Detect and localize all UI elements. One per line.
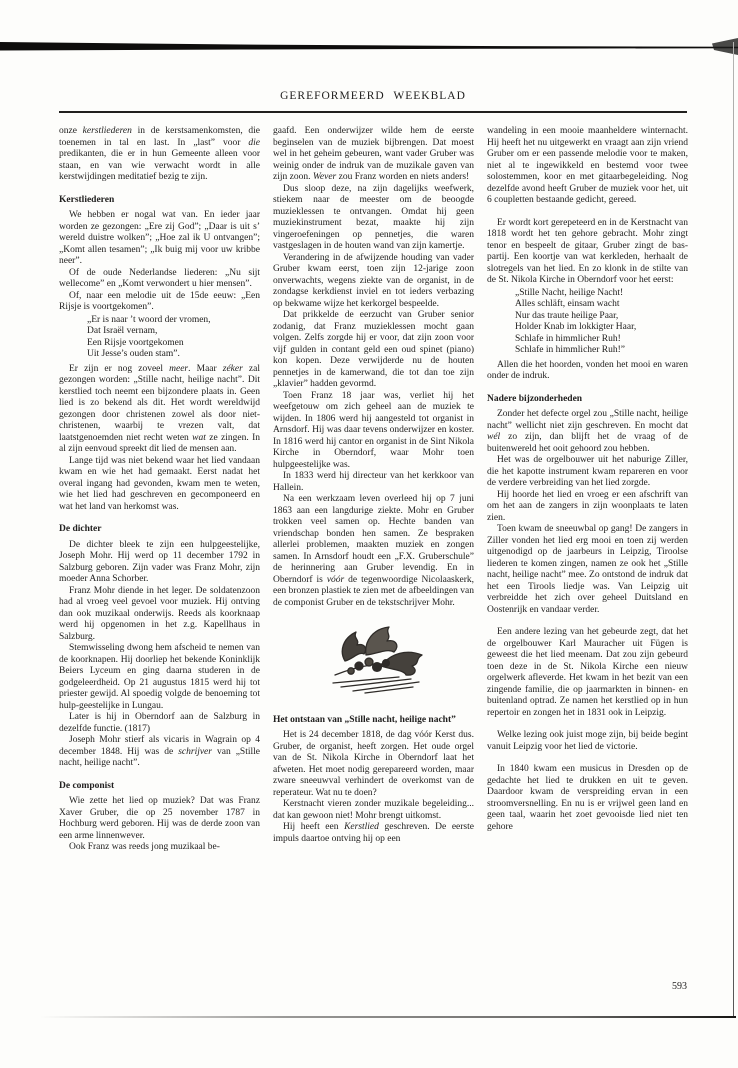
paragraph: Een andere lezing van het gebeurde zegt,… — [487, 627, 688, 719]
paragraph: Toen Franz 18 jaar was, verliet hij het … — [273, 391, 474, 472]
paragraph: Welke lezing ook juist moge zijn, bij be… — [487, 730, 688, 753]
section-heading: Het ontstaan van „Stille nacht, heilige … — [273, 715, 474, 727]
paragraph: Later is hij in Oberndorf aan de Salzbur… — [59, 712, 260, 735]
verse-line: Alles schläft, einsam wacht — [515, 299, 688, 311]
paragraph: Stemwisseling dwong hem afscheid te neme… — [59, 643, 260, 712]
text-column-1: onze kerstliederen in de kerstsamenkomst… — [59, 126, 260, 962]
paragraph: Het was de orgelbouwer uit het naburige … — [487, 455, 688, 490]
paragraph: Toen kwam de sneeuwbal op gang! De zange… — [487, 524, 688, 616]
paragraph: Joseph Mohr stierf als vicaris in Wagrai… — [59, 735, 260, 770]
section-heading: Nadere bijzonderheden — [487, 394, 688, 406]
section-heading: Kerstliederen — [59, 195, 260, 207]
verse-line: Dat Israël vernam, — [87, 326, 260, 338]
holly-illustration — [273, 621, 474, 704]
page-edge-bottom — [40, 1016, 736, 1018]
text-column-3: wandeling in een mooie maanheldere winte… — [487, 126, 688, 962]
verse-line: Uit Jesse’s ouden stam”. — [87, 349, 260, 361]
paragraph: Er wordt kort gerepeteerd en in de Kerst… — [487, 218, 688, 287]
paragraph: Zonder het defecte orgel zou „Stille nac… — [487, 409, 688, 455]
paragraph: Het is 24 december 1818, de dag vóór Ker… — [273, 730, 474, 799]
paragraph: Dat prikkelde de eerzucht van Gruber sen… — [273, 310, 474, 391]
paragraph: Lange tijd was niet bekend waar het lied… — [59, 456, 260, 514]
paragraph: Hij heeft een Kerstlied geschreven. De e… — [273, 822, 474, 845]
paragraph: Na een werkzaam leven overleed hij op 7 … — [273, 494, 474, 609]
paragraph: wandeling in een mooie maanheldere winte… — [487, 126, 688, 207]
paragraph: Kerstnacht vieren zonder muzikale begele… — [273, 799, 474, 822]
verse-line: „Stille Nacht, heilige Nacht! — [515, 288, 688, 300]
verse-line: Holder Knab im lokkigter Haar, — [515, 322, 688, 334]
masthead-rule — [59, 111, 687, 113]
page-number: 593 — [627, 981, 687, 992]
paragraph: onze kerstliederen in de kerstsamenkomst… — [59, 126, 260, 184]
paragraph: Dus sloop deze, na zijn dagelijks weefwe… — [273, 184, 474, 253]
verse-block: „Stille Nacht, heilige Nacht!Alles schlä… — [515, 288, 688, 357]
paragraph: gaafd. Een onderwijzer wilde hem de eers… — [273, 126, 474, 184]
verse-line: „Er is naar ’t woord der vromen, — [87, 315, 260, 327]
section-heading: De componist — [59, 781, 260, 793]
paragraph: Allen die het hoorden, vonden het mooi e… — [487, 360, 688, 383]
verse-line: Nur das traute heilige Paar, — [515, 311, 688, 323]
paragraph: Wie zette het lied op muziek? Dat was Fr… — [59, 796, 260, 842]
paragraph: In 1833 werd hij directeur van het kerkk… — [273, 471, 474, 494]
text-column-2: gaafd. Een onderwijzer wilde hem de eers… — [273, 126, 474, 962]
article-body: onze kerstliederen in de kerstsamenkomst… — [59, 126, 688, 962]
paragraph: De dichter bleek te zijn een hulpgeestel… — [59, 540, 260, 586]
paragraph: Of de oude Nederlandse liederen: „Nu sij… — [59, 268, 260, 291]
paragraph: We hebben er nogal wat van. En ieder jaa… — [59, 210, 260, 268]
publication-title: GEREFORMEERD WEEKBLAD — [59, 90, 687, 102]
scanned-page: GEREFORMEERD WEEKBLAD onze kerstliederen… — [0, 0, 738, 1068]
verse-line: Een Rijsje voortgekomen — [87, 338, 260, 350]
paragraph: Franz Mohr diende in het leger. De solda… — [59, 586, 260, 644]
paragraph: Er zijn er nog zoveel meer. Maar zéker z… — [59, 364, 260, 456]
paragraph: Of, naar een melodie uit de 15de eeuw: „… — [59, 291, 260, 314]
scan-fold-artifact — [0, 0, 738, 60]
verse-line: Schlafe in himmlicher Ruh! — [515, 334, 688, 346]
holly-sprig-drawing — [315, 621, 433, 699]
paragraph: Ook Franz was reeds jong muzikaal be- — [59, 842, 260, 854]
verse-block: „Er is naar ’t woord der vromen,Dat Isra… — [87, 315, 260, 361]
paragraph: In 1840 kwam een musicus in Dresden op d… — [487, 764, 688, 833]
page-edge-right — [733, 42, 734, 1017]
section-heading: De dichter — [59, 524, 260, 536]
verse-line: Schlafe in himmlicher Ruh!” — [515, 345, 688, 357]
paragraph: Verandering in de afwijzende houding van… — [273, 253, 474, 311]
paragraph: Hij hoorde het lied en vroeg er een afsc… — [487, 490, 688, 525]
